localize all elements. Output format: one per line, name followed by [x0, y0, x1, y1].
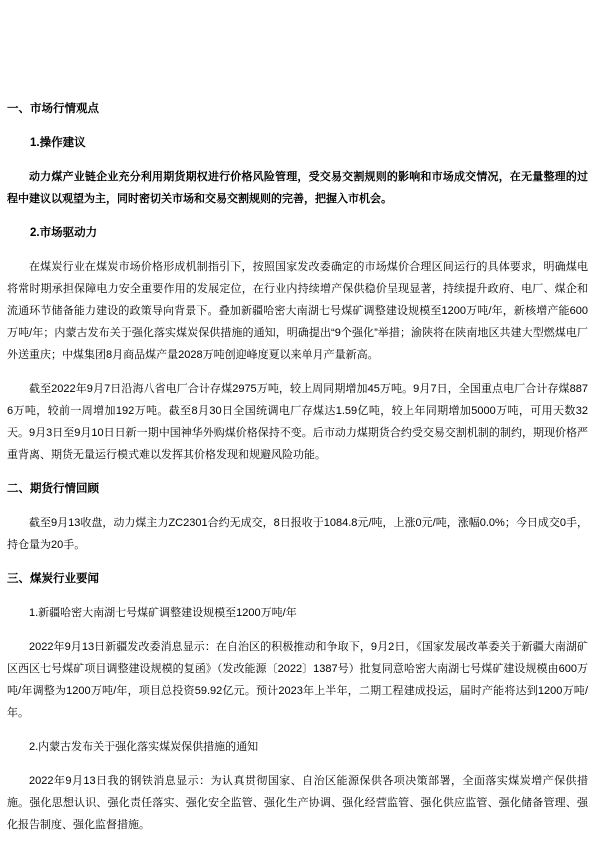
news-item-1-body: 2022年9月13日新疆发改委消息显示：在自治区的积极推动和争取下，9月2日，《…	[7, 636, 588, 724]
para-market-driver-inventory: 截至2022年9月7日沿海八省电厂合计存煤2975万吨，较上周同期增加45万吨。…	[7, 378, 588, 466]
news-item-1-title: 1.新疆哈密大南湖七号煤矿调整建设规模至1200万吨/年	[7, 602, 588, 624]
subheading-operation-advice: 1.操作建议	[7, 132, 588, 154]
section-heading-futures-review: 二、期货行情回顾	[7, 478, 588, 500]
para-market-driver-policy: 在煤炭行业在煤炭市场价格形成机制指引下，按照国家发改委确定的市场煤价合理区间运行…	[7, 256, 588, 366]
news-item-2-body: 2022年9月13日我的钢铁消息显示：为认真贯彻国家、自治区能源保供各项决策部署…	[7, 770, 588, 836]
subheading-market-driver: 2.市场驱动力	[7, 222, 588, 244]
para-futures-review: 截至9月13收盘，动力煤主力ZC2301合约无成交，8日报收于1084.8元/吨…	[7, 512, 588, 556]
news-item-2-title: 2.内蒙古发布关于强化落实煤炭保供措施的通知	[7, 736, 588, 758]
document-page: 一、市场行情观点 1.操作建议 动力煤产业链企业充分利用期货期权进行价格风险管理…	[0, 0, 595, 842]
section-heading-market-view: 一、市场行情观点	[7, 98, 588, 120]
para-operation-advice: 动力煤产业链企业充分利用期货期权进行价格风险管理，受交易交割规则的影响和市场成交…	[7, 166, 588, 210]
section-heading-industry-news: 三、煤炭行业要闻	[7, 568, 588, 590]
